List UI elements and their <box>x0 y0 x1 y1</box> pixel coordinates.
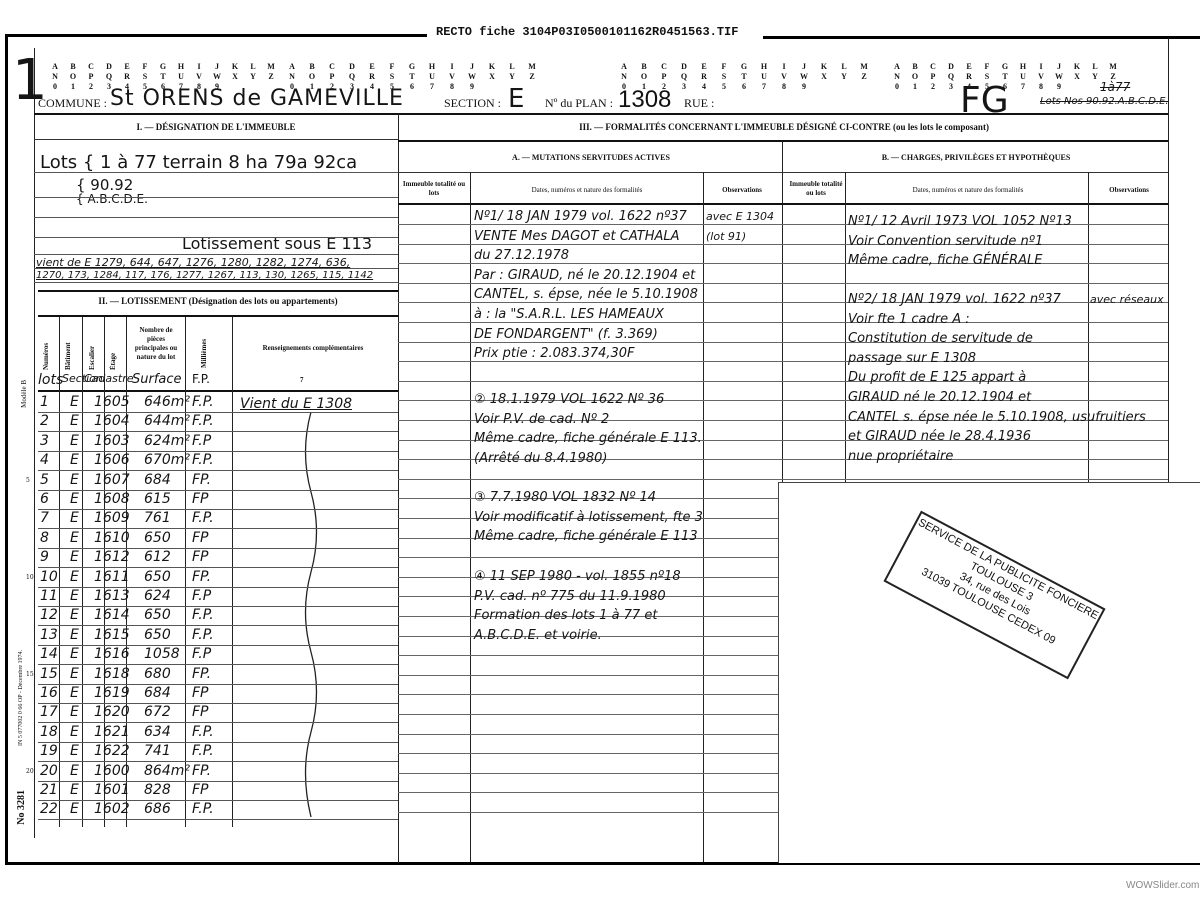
lot-cadastre: 1613 <box>94 588 130 604</box>
formality-line: CANTEL s. épse née le 5.10.1908, usufrui… <box>848 408 1146 428</box>
index-letter: D <box>342 62 362 72</box>
formality-line: Nº1/ 18 JAN 1979 vol. 1622 nº37 <box>474 207 687 227</box>
lot-fp: F.P. <box>192 627 214 643</box>
row-marker: 10 <box>26 574 34 581</box>
lot-cadastre: 1604 <box>94 413 130 429</box>
lot-surface: 684 <box>144 685 171 701</box>
formality-line: (Arrêté du 8.4.1980) <box>474 449 607 469</box>
lot-cadastre: 1618 <box>94 666 130 682</box>
index-letter: S <box>382 72 402 82</box>
row-rule <box>38 819 398 820</box>
section-i-title: I. — DÉSIGNATION DE L'IMMEUBLE <box>34 122 398 132</box>
divider-I-III <box>398 113 399 863</box>
index-letter: V <box>442 72 462 82</box>
a-col-dates: Dates, numéros et nature des formalités <box>472 186 702 195</box>
lot-section: E <box>70 704 79 720</box>
lot-surface: 650 <box>144 569 171 585</box>
index-letter: 8 <box>442 82 462 92</box>
index-letter: M <box>1104 62 1122 72</box>
lot-cadastre: 1607 <box>94 472 130 488</box>
lot-surface: 650 <box>144 530 171 546</box>
lot-number: 16 <box>40 685 58 701</box>
ruled-line <box>398 479 1168 480</box>
lot-row: 3E1603624m²F.P <box>36 433 398 452</box>
formality-line: P.V. cad. nº 775 du 11.9.1980 <box>474 587 666 607</box>
formality-line: passage sur E 1308 <box>848 349 976 369</box>
lot-fp: FP. <box>192 569 211 585</box>
ruled-line <box>398 557 778 558</box>
lot-section: E <box>70 549 79 565</box>
index-letter: O <box>634 72 654 82</box>
lot-surface: 615 <box>144 491 171 507</box>
lots-strike: Lots Nos 90.92.A.B.C.D.E. <box>1040 96 1169 107</box>
lot-fp: F.P <box>192 433 211 449</box>
index-letter: J <box>794 62 814 72</box>
section-b-title: B. — CHARGES, PRIVILÈGES ET HYPOTHÈQUES <box>784 153 1168 162</box>
ruled-line <box>34 237 398 238</box>
index-letter: M <box>854 62 874 72</box>
row-marker: 15 <box>26 671 34 678</box>
lot-cadastre: 1614 <box>94 607 130 623</box>
index-letter: J <box>1050 62 1068 72</box>
watermark: WOWSlider.com <box>1126 880 1199 891</box>
lot-cadastre: 1602 <box>94 801 130 817</box>
section-i-line-7: 1270, 173, 1284, 117, 176, 1277, 1267, 1… <box>36 270 373 281</box>
formality-line: Nº1/ 12 Avril 1973 VOL 1052 Nº13 <box>848 212 1072 232</box>
lot-number: 20 <box>40 763 58 779</box>
divider-A-B <box>782 141 783 486</box>
index-letter: 6 <box>402 82 422 92</box>
index-letter: G <box>402 62 422 72</box>
index-letter: C <box>82 62 100 72</box>
section-label: SECTION : <box>444 96 501 111</box>
b-col-obs: Observations <box>1090 186 1168 195</box>
formality-line: Même cadre, fiche générale E 113. <box>474 429 702 449</box>
index-letter: 2 <box>82 82 100 92</box>
index-letter: O <box>302 72 322 82</box>
index-letter: H <box>172 62 190 72</box>
lot-surface: 624 <box>144 588 171 604</box>
ruled-line <box>398 753 778 754</box>
index-letter <box>482 82 502 92</box>
index-letter: G <box>996 62 1014 72</box>
formality-line: A.B.C.D.E. et voirie. <box>474 626 602 646</box>
form-number: No 3281 <box>16 790 27 825</box>
index-letter: N <box>46 72 64 82</box>
lot-cadastre: 1622 <box>94 743 130 759</box>
lot-row: 10E1611650FP. <box>36 569 398 588</box>
lot-row: 5E1607684FP. <box>36 472 398 491</box>
index-letter: 7 <box>422 82 442 92</box>
index-letter: B <box>634 62 654 72</box>
lot-cadastre: 1605 <box>94 394 130 410</box>
index-letter: B <box>64 62 82 72</box>
col-milliemes: Millièmes <box>200 328 208 368</box>
lot-fp: F.P <box>192 646 211 662</box>
index-letter: X <box>1068 72 1086 82</box>
lot-cadastre: 1608 <box>94 491 130 507</box>
index-letter <box>1068 82 1086 92</box>
lot-section: E <box>70 569 79 585</box>
ab-col-rule <box>398 203 1168 205</box>
index-letter: I <box>774 62 794 72</box>
index-letter: V <box>774 72 794 82</box>
col-etage: Étage <box>109 330 117 370</box>
section-iii-rule <box>398 140 1168 142</box>
index-letter: W <box>794 72 814 82</box>
lot-fp: F.P. <box>192 452 214 468</box>
index-letter: W <box>462 72 482 82</box>
plan-value: 1308 <box>618 86 671 114</box>
lot-surface: 644m² <box>144 413 190 429</box>
index-letter: K <box>1068 62 1086 72</box>
index-letter: Y <box>244 72 262 82</box>
lot-cadastre: 1619 <box>94 685 130 701</box>
lot-section: E <box>70 588 79 604</box>
side-modele: Modèle B <box>20 380 28 408</box>
index-letter: W <box>208 72 226 82</box>
lot-section: E <box>70 801 79 817</box>
lot-row: 15E1618680FP. <box>36 666 398 685</box>
index-letter: I <box>190 62 208 72</box>
formality-line: et GIRAUD née le 28.4.1936 <box>848 427 1031 447</box>
header-divider <box>34 113 1168 115</box>
blank-insert <box>778 482 1200 863</box>
lot-section: E <box>70 452 79 468</box>
formality-line: ② 18.1.1979 VOL 1622 Nº 36 <box>474 390 664 410</box>
lot-row: 7E1609761F.P. <box>36 510 398 529</box>
index-letter: O <box>906 72 924 82</box>
frame-top-left <box>5 34 427 37</box>
lot-section: E <box>70 413 79 429</box>
index-letter: E <box>118 62 136 72</box>
ruled-line <box>398 773 778 774</box>
lot-fp: FP <box>192 530 209 546</box>
lot-fp: F.P. <box>192 413 214 429</box>
observation-text: (lot 91) <box>706 227 746 247</box>
index-letter: L <box>834 62 854 72</box>
index-letter: 4 <box>694 82 714 92</box>
index-letter: 1 <box>64 82 82 92</box>
index-letter: K <box>814 62 834 72</box>
ruled-line <box>34 268 398 269</box>
index-letter: Y <box>834 72 854 82</box>
lot-surface: 650 <box>144 607 171 623</box>
index-letter: V <box>1032 72 1050 82</box>
lot-surface: 686 <box>144 801 171 817</box>
index-letter: Z <box>854 72 874 82</box>
lot-row: 20E1600864m²FP. <box>36 763 398 782</box>
index-letter: E <box>362 62 382 72</box>
index-letter: 0 <box>46 82 64 92</box>
lot-section: E <box>70 491 79 507</box>
lot-section: E <box>70 646 79 662</box>
index-letter: 8 <box>1032 82 1050 92</box>
commune-label: COMMUNE : <box>38 96 107 111</box>
index-letter: P <box>322 72 342 82</box>
index-letter: A <box>614 62 634 72</box>
index-letter: 1 <box>906 82 924 92</box>
index-letter: Z <box>262 72 280 82</box>
lot-section: E <box>70 433 79 449</box>
index-letter: P <box>82 72 100 82</box>
lot-surface: 612 <box>144 549 171 565</box>
index-letter: Q <box>942 72 960 82</box>
ab-title-rule <box>398 172 1168 173</box>
index-letter <box>834 82 854 92</box>
hh-fp: F.P. <box>192 372 210 386</box>
index-letter: 9 <box>462 82 482 92</box>
index-letter: C <box>654 62 674 72</box>
b-col-dates: Dates, numéros et nature des formalités <box>848 186 1088 195</box>
index-letter: V <box>190 72 208 82</box>
col-numeros: Numéros <box>42 330 50 370</box>
lot-row: 13E1615650F.P. <box>36 627 398 646</box>
index-letter: H <box>422 62 442 72</box>
index-letter: T <box>402 72 422 82</box>
ruled-line <box>34 282 398 283</box>
section-ii-top-rule <box>38 290 398 292</box>
index-letter: X <box>482 72 502 82</box>
lot-row: 22E1602686F.P. <box>36 801 398 820</box>
lot-fp: FP. <box>192 763 211 779</box>
section-i-line-1: Lots { 1 à 77 terrain 8 ha 79a 92ca <box>40 152 357 173</box>
index-letter: Y <box>502 72 522 82</box>
index-letter: F <box>714 62 734 72</box>
lot-cadastre: 1621 <box>94 724 130 740</box>
formality-line: Formation des lots 1 à 77 et <box>474 606 657 626</box>
lot-number: 2 <box>40 413 49 429</box>
lot-fp: FP <box>192 685 209 701</box>
lot-cadastre: 1611 <box>94 569 130 585</box>
formality-line: à : la "S.A.R.L. LES HAMEAUX <box>474 305 664 325</box>
lot-number: 8 <box>40 530 49 546</box>
ruled-line <box>34 197 398 198</box>
lot-row: 9E1612612FP <box>36 549 398 568</box>
col-batiment: Bâtiment <box>64 330 72 370</box>
formality-line: Prix ptie : 2.083.374,30F <box>474 344 635 364</box>
row-marker: 5 <box>26 477 30 484</box>
lot-row: 6E1608615FP <box>36 491 398 510</box>
lot-number: 21 <box>40 782 58 798</box>
ruled-line <box>398 381 1168 382</box>
index-letter: Q <box>100 72 118 82</box>
index-letter <box>814 82 834 92</box>
formality-line: Même cadre, fiche générale E 113 <box>474 527 698 547</box>
index-letter: T <box>734 72 754 82</box>
formality-line: Par : GIRAUD, né le 20.12.1904 et <box>474 266 695 286</box>
index-letter: Q <box>342 72 362 82</box>
lot-fp: FP. <box>192 666 211 682</box>
index-letter: 3 <box>674 82 694 92</box>
lot-surface: 650 <box>144 627 171 643</box>
lot-row: 2E1604644m²F.P. <box>36 413 398 432</box>
lot-row: 4E1606670m²F.P. <box>36 452 398 471</box>
b-sep-1 <box>845 172 846 482</box>
index-letter: 5 <box>714 82 734 92</box>
lot-number: 3 <box>40 433 49 449</box>
col-nature: Nombre de pièces principales ou nature d… <box>130 326 182 362</box>
lot-section: E <box>70 510 79 526</box>
section-iii-title: III. — FORMALITÉS CONCERNANT L'IMMEUBLE … <box>400 122 1168 132</box>
index-letter: T <box>154 72 172 82</box>
row-marker: 20 <box>26 768 34 775</box>
lot-fp: F.P. <box>192 394 214 410</box>
lot-number: 12 <box>40 607 58 623</box>
lot-fp: F.P. <box>192 743 214 759</box>
side-footer: IN 5 077002 0 66 OP - Décembre 1974. <box>18 650 24 746</box>
commune-value: St ORENS de GAMEVILLE <box>110 86 404 111</box>
ruled-line <box>398 714 778 715</box>
index-letter: E <box>960 62 978 72</box>
index-letter: D <box>100 62 118 72</box>
col-escalier: Escalier <box>88 330 96 370</box>
ruled-line <box>398 734 778 735</box>
formality-line: Voir modificatif à lotissement, fte 3 <box>474 508 703 528</box>
a-col-obs: Observations <box>704 186 780 195</box>
formality-line: CANTEL, s. épse, née le 5.10.1908 <box>474 285 698 305</box>
lot-surface: 741 <box>144 743 171 759</box>
index-letter: R <box>694 72 714 82</box>
lot-section: E <box>70 394 79 410</box>
lot-fp: FP <box>192 704 209 720</box>
lot-surface: 1058 <box>144 646 180 662</box>
index-letter <box>522 82 542 92</box>
lot-fp: F.P. <box>192 724 214 740</box>
formality-line: Nº2/ 18 JAN 1979 vol. 1622 nº37 <box>848 290 1061 310</box>
lot-row: 1E1605646m²F.P. <box>36 394 398 413</box>
index-letter: 9 <box>1050 82 1068 92</box>
ruled-line <box>398 655 778 656</box>
formality-line: du 27.12.1978 <box>474 246 569 266</box>
lot-cadastre: 1612 <box>94 549 130 565</box>
section-i-line-3: { A.B.C.D.E. <box>76 192 148 206</box>
index-letter: O <box>64 72 82 82</box>
lot-surface: 670m² <box>144 452 190 468</box>
lot-section: E <box>70 530 79 546</box>
formality-line: Voir Convention servitude nº1 <box>848 232 1043 252</box>
formality-line: Voir P.V. de cad. Nº 2 <box>474 410 609 430</box>
lot-surface: 684 <box>144 472 171 488</box>
lot-row: 8E1610650FP <box>36 530 398 549</box>
index-letter: 7 <box>1014 82 1032 92</box>
index-letter <box>854 82 874 92</box>
frame-inner-left <box>34 48 35 838</box>
index-letter: F <box>382 62 402 72</box>
lot-fp: F.P. <box>192 607 214 623</box>
index-letter: J <box>462 62 482 72</box>
index-letter: P <box>654 72 674 82</box>
lot-row: 11E1613624F.P <box>36 588 398 607</box>
frame-top-right <box>763 36 1200 39</box>
index-letter: S <box>714 72 734 82</box>
index-letter: R <box>118 72 136 82</box>
lot-section: E <box>70 627 79 643</box>
ruled-line <box>34 254 398 255</box>
index-letter: W <box>1050 72 1068 82</box>
index-letter: N <box>282 72 302 82</box>
index-letter: K <box>482 62 502 72</box>
index-letter: J <box>208 62 226 72</box>
index-letter: 7 <box>754 82 774 92</box>
lot-number: 19 <box>40 743 58 759</box>
lot-cadastre: 1615 <box>94 627 130 643</box>
index-letter: U <box>172 72 190 82</box>
lot-fp: FP <box>192 782 209 798</box>
index-letter: 0 <box>888 82 906 92</box>
index-letter: 6 <box>734 82 754 92</box>
lot-number: 15 <box>40 666 58 682</box>
hh-surface: Surface <box>132 372 182 387</box>
lot-surface: 828 <box>144 782 171 798</box>
index-letter: L <box>244 62 262 72</box>
lot-number: 7 <box>40 510 49 526</box>
index-letter: A <box>282 62 302 72</box>
lot-row: 18E1621634F.P. <box>36 724 398 743</box>
plan-label: Nº du PLAN : <box>545 96 613 111</box>
a-col-immeuble: Immeuble totalité ou lots <box>402 180 466 198</box>
lot-number: 4 <box>40 452 49 468</box>
lot-row: 21E1601828FP <box>36 782 398 801</box>
lot-number: 9 <box>40 549 49 565</box>
index-letter: R <box>362 72 382 82</box>
index-letter: D <box>674 62 694 72</box>
index-letter: I <box>1032 62 1050 72</box>
lot-surface: 680 <box>144 666 171 682</box>
formality-line: ③ 7.7.1980 VOL 1832 Nº 14 <box>474 488 656 508</box>
lot-section: E <box>70 782 79 798</box>
lot-cadastre: 1600 <box>94 763 130 779</box>
formality-line: GIRAUD né le 20.12.1904 et <box>848 388 1031 408</box>
lot-fp: FP <box>192 549 209 565</box>
lot-number: 13 <box>40 627 58 643</box>
index-letter: L <box>502 62 522 72</box>
a-sep-2 <box>703 172 704 862</box>
section-ii-title: II. — LOTISSEMENT (Désignation des lots … <box>38 296 398 306</box>
index-letter: A <box>888 62 906 72</box>
lot-section: E <box>70 607 79 623</box>
index-letter: X <box>226 72 244 82</box>
lot-section: E <box>70 685 79 701</box>
index-letter: G <box>154 62 172 72</box>
index-letter: 3 <box>942 82 960 92</box>
frame-left <box>5 34 8 864</box>
formality-line: DE FONDARGENT" (f. 3.369) <box>474 325 658 345</box>
lot-row: 19E1622741F.P. <box>36 743 398 762</box>
formality-line: VENTE Mes DAGOT et CATHALA <box>474 227 680 247</box>
index-letter: I <box>442 62 462 72</box>
lot-row: 12E1614650F.P. <box>36 607 398 626</box>
lot-cadastre: 1620 <box>94 704 130 720</box>
section-a-title: A. — MUTATIONS SERVITUDES ACTIVES <box>400 153 782 162</box>
lot-number: 10 <box>40 569 58 585</box>
index-letter: U <box>422 72 442 82</box>
lot-cadastre: 1606 <box>94 452 130 468</box>
formality-line: nue propriétaire <box>848 447 953 467</box>
lot-fp: F.P. <box>192 510 214 526</box>
index-letter: E <box>694 62 714 72</box>
index-letter: M <box>522 62 542 72</box>
index-letter: P <box>924 72 942 82</box>
index-letter: U <box>754 72 774 82</box>
lot-surface: 672 <box>144 704 171 720</box>
lot-row: 17E1620672FP <box>36 704 398 723</box>
ruled-line <box>398 675 778 676</box>
lot-surface: 864m² <box>144 763 190 779</box>
index-letter: D <box>942 62 960 72</box>
lot-number: 11 <box>40 588 58 604</box>
lot-section: E <box>70 666 79 682</box>
